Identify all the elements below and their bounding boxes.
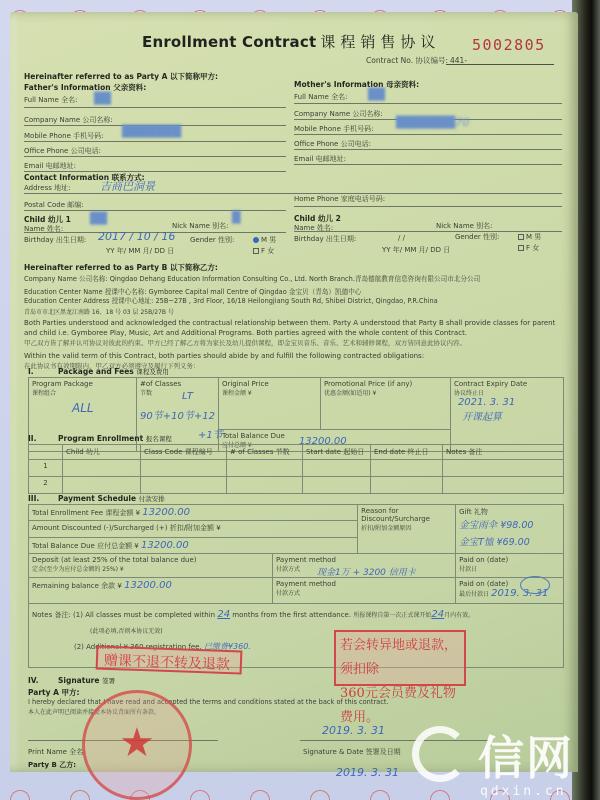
payment-schedule-table: Total Enrollment Fee 课程金额 ¥ 13200.00 Rea… <box>28 504 564 668</box>
expiry-date-note: 开课起算 <box>462 408 560 423</box>
mother-company-label: Company Name 公司名称: <box>294 109 383 119</box>
reason-cell[interactable]: Reason for Discount/Surcharge 折扣/附加金额原因 <box>358 505 456 554</box>
section-4-heading: IV.Signature 签署 <box>28 676 115 685</box>
father-mobile-field[interactable] <box>24 141 286 142</box>
checkbox-icon <box>518 245 524 251</box>
refund-deduction-stamp: 若会转异地或退款，须扣除 360元会员费及礼物费用。 <box>334 630 466 686</box>
father-mobile-value: ███████ <box>122 125 181 138</box>
child2-birthday-label: Birthday 出生日期: <box>294 234 356 244</box>
signature-date-a: 2019. 3. 31 <box>322 724 385 737</box>
row2-start[interactable] <box>303 477 371 494</box>
mother-office-label: Office Phone 公司电话: <box>294 139 371 149</box>
total-fee-cell[interactable]: Total Enrollment Fee 课程金额 ¥ 13200.00 <box>29 505 358 521</box>
child1-nickname-value: █ <box>232 211 240 224</box>
child1-gender-label: Gender 性别: <box>190 235 234 245</box>
program-enrollment-table: Child 幼儿 Class Code 课程编号 # of Classes 节数… <box>28 444 564 494</box>
child2-birthday-value: / / <box>398 234 405 242</box>
row1-start[interactable] <box>303 460 371 477</box>
deposit-cell[interactable]: Deposit (at least 25% of the total balan… <box>29 554 273 578</box>
row2-notes[interactable] <box>443 477 564 494</box>
section-3-heading: III.Payment Schedule 付款安排 <box>28 494 165 503</box>
agreement-paragraph-1: Both Parties understood and acknowledged… <box>24 318 564 348</box>
total-fee-value: 13200.00 <box>142 507 190 518</box>
declaration-en: I hereby declared that I have read and a… <box>28 698 389 706</box>
hand-drawn-circle <box>520 576 550 594</box>
remaining-balance-value: 13200.00 <box>124 580 172 591</box>
row1-end[interactable] <box>371 460 443 477</box>
father-name-label: Full Name 全名: <box>24 95 77 105</box>
serial-number: 5002805 <box>472 36 546 54</box>
child2-nickname-label: Nick Name 别名: <box>436 221 493 231</box>
mother-mobile-label: Mobile Phone 手机号码: <box>294 124 373 134</box>
classes-note: LT <box>182 391 193 402</box>
row1-child[interactable] <box>63 460 141 477</box>
father-mobile-label: Mobile Phone 手机号码: <box>24 131 103 141</box>
mother-info-heading: Mother's Information 母亲资料: <box>294 79 419 90</box>
expiry-date-value: 2021. 3. 31 <box>458 397 560 408</box>
col-end-date: End date 终止日 <box>371 445 443 460</box>
checkbox-icon <box>253 248 259 254</box>
gift-cell[interactable]: Gift 礼物 金宝雨伞 ¥98.00 金宝T恤 ¥69.00 <box>456 505 564 554</box>
paid-on-cell[interactable]: Paid on (date) 付款日 <box>456 554 564 578</box>
star-icon: ★ <box>119 723 155 763</box>
mother-name-field[interactable] <box>294 103 562 104</box>
checkbox-checked-icon <box>253 237 259 243</box>
party-b-heading: Hereinafter referred to as Party B 以下简称乙… <box>24 262 218 273</box>
table-row: 1 <box>29 460 564 477</box>
mother-email-label: Email 电邮地址: <box>294 154 346 164</box>
col-child: Child 幼儿 <box>63 445 141 460</box>
payment-method-value: 现金1万 + 3200 信用卡 <box>317 565 416 578</box>
no-refund-gift-stamp: 赠课不退不转及退款 <box>96 645 243 674</box>
col-class-code: Class Code 课程编号 <box>141 445 227 460</box>
child1-birthday-label: Birthday 出生日期: <box>24 235 86 245</box>
child1-nickname-label: Nick Name 别名: <box>172 221 229 231</box>
education-center-address-cn: 青岛市市北区黑龙江南路 16、18 号 03 层 25B/27B 号 <box>24 307 174 316</box>
address-label: Address 地址: <box>24 183 70 193</box>
postal-code-label: Postal Code 邮编: <box>24 200 84 210</box>
section-1-heading: I.Package and Fees 课程及费用 <box>28 367 169 376</box>
father-office-field[interactable] <box>24 156 286 157</box>
father-name-value: ██ <box>94 92 111 105</box>
company-seal: ★ <box>82 690 192 800</box>
mother-email-field[interactable] <box>294 164 562 165</box>
balance-due-value: 13200.00 <box>141 540 189 551</box>
signature-date-label: Signature & Date 签署及日期 <box>303 747 401 757</box>
classes-value: 90节+10节+12 <box>140 407 215 422</box>
signature-date-b: 2019. 3. 31 <box>336 766 399 779</box>
party-b-signature-label: Party B 乙方: <box>28 760 76 770</box>
child2-date-format: YY 年/ MM 月/ DD 日 <box>382 245 450 255</box>
row2-classes[interactable] <box>227 477 303 494</box>
col-start-date: Start date 起始日 <box>303 445 371 460</box>
party-b-company: Company Name 公司名称: Qingdao Dehang Educat… <box>24 273 480 283</box>
col-notes: Notes 备注 <box>443 445 564 460</box>
row2-end[interactable] <box>371 477 443 494</box>
father-email-label: Email 电邮地址: <box>24 161 76 171</box>
mother-name-value: ██ <box>368 88 385 101</box>
mother-office-field[interactable] <box>294 149 562 150</box>
balance-due-cell[interactable]: Total Balance Due 应付总金额 ¥ 13200.00 <box>29 538 358 554</box>
payment-method-2-cell[interactable]: Payment method 付款方式 <box>273 578 456 604</box>
document-title: Enrollment Contract课程销售协议 <box>142 31 440 52</box>
home-phone-field[interactable] <box>294 206 562 207</box>
education-center-address: Education Center Address 授课中心地址: 25B~27B… <box>24 295 438 305</box>
table-row: 2 <box>29 477 564 494</box>
expiry-date-cell[interactable]: Contract Expiry Date 协议终止日 2021. 3. 31 开… <box>450 378 563 452</box>
completion-months-cn: 24 <box>431 609 444 620</box>
completion-months: 24 <box>217 609 230 620</box>
row1-notes[interactable] <box>443 460 564 477</box>
print-name-label: Print Name 全名: <box>28 747 86 757</box>
mother-name-label: Full Name 全名: <box>294 92 347 102</box>
father-office-label: Office Phone 公司电话: <box>24 146 101 156</box>
contract-number-line <box>446 64 554 65</box>
party-a-signature-label: Party A 甲方: <box>28 687 80 698</box>
home-phone-label: Home Phone 家庭电话号码: <box>294 194 385 204</box>
watermark: 信网 qdxin.cn <box>418 722 574 799</box>
child1-gender-m[interactable]: M 男 <box>253 235 276 245</box>
father-name-field[interactable] <box>24 107 286 108</box>
program-package-value: ALL <box>72 401 133 415</box>
father-company-label: Company Name 公司名称: <box>24 115 113 125</box>
discount-cell[interactable]: Amount Discounted (-)/Surcharged (+) 折扣/… <box>29 521 358 538</box>
row2-class-code[interactable] <box>141 477 227 494</box>
col-classes: # of Classes 节数 <box>227 445 303 460</box>
child1-gender-f[interactable]: F 女 <box>253 246 274 256</box>
gift-item: 金宝雨伞 ¥98.00 <box>459 517 560 531</box>
mother-mobile-field[interactable] <box>294 134 562 135</box>
checkbox-icon <box>518 234 524 240</box>
payment-method-cell[interactable]: Payment method 付款方式 现金1万 + 3200 信用卡 <box>273 554 456 578</box>
classes-extra-note: +1节 <box>198 426 223 441</box>
child1-date-format: YY 年/ MM 月/ DD 日 <box>106 246 174 256</box>
child2-gender-label: Gender 性别: <box>455 232 499 242</box>
child2-gender-f[interactable]: F 女 <box>518 243 539 253</box>
postal-code-field[interactable] <box>24 210 286 211</box>
row1-class-code[interactable] <box>141 460 227 477</box>
section-2-heading: II.Program Enrollment 报名课程 <box>28 434 172 443</box>
child1-name-value: ██ <box>90 212 107 225</box>
child2-gender-m[interactable]: M 男 <box>518 232 541 242</box>
address-field[interactable] <box>24 193 562 194</box>
party-a-heading: Hereinafter referred to as Party A 以下简称甲… <box>24 71 218 82</box>
child1-birthday-value: 2017 / 10 / 16 <box>98 230 175 243</box>
contract-page: Enrollment Contract课程销售协议 5002805 Contra… <box>10 12 578 772</box>
row1-classes[interactable] <box>227 460 303 477</box>
mother-mobile-value: ███████70 <box>396 116 469 129</box>
gift-item: 金宝T恤 ¥69.00 <box>459 534 560 548</box>
father-info-heading: Father's Information 父亲资料: <box>24 82 146 93</box>
row2-child[interactable] <box>63 477 141 494</box>
remaining-balance-cell[interactable]: Remaining balance 余款 ¥ 13200.00 <box>29 578 273 604</box>
original-price-cell[interactable]: Original Price 课程金额 ¥ <box>218 378 320 430</box>
address-value: 吉商巴洞景 <box>100 178 155 194</box>
promo-price-cell[interactable]: Promotional Price (if any) 优惠金额(如适用) ¥ <box>320 378 450 430</box>
